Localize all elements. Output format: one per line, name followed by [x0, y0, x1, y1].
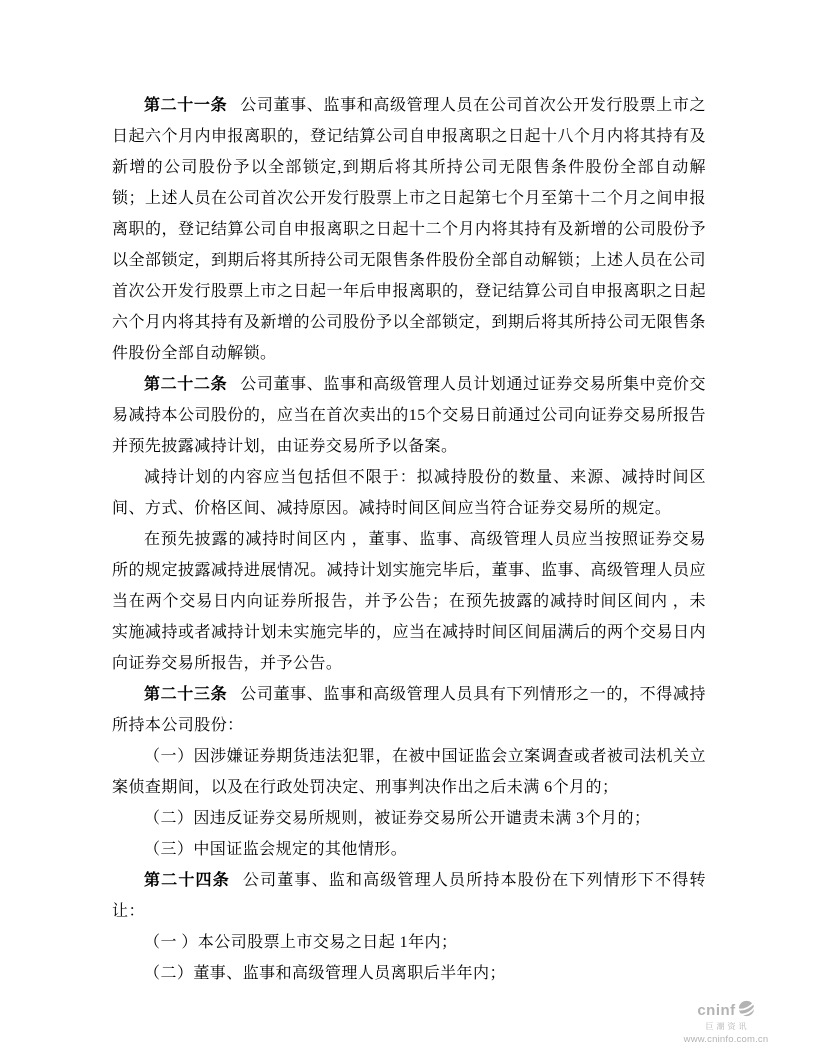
article-number: 第二十三条 — [144, 686, 227, 703]
cninfo-logo: cninf — [674, 1002, 778, 1019]
paragraph-text: （三）中国证监会规定的其他情形。 — [144, 841, 407, 858]
document-page: 第二十一条公司董事、监事和高级管理人员在公司首次公开发行股票上市之日起六个月内申… — [0, 0, 816, 1056]
paragraph-text: 在预先披露的减持时间区内 ，董事、监事、高级管理人员应当按照证券交易所的规定披露… — [112, 531, 706, 672]
cninfo-watermark: cninf 巨潮资讯 www.cninfo.com.cn — [674, 1002, 778, 1045]
paragraph-text: 公司董事、监事和高级管理人员在公司首次公开发行股票上市之日起六个月内申报离职的，… — [112, 97, 706, 362]
list-item-paragraph: （二）董事、监事和高级管理人员离职后半年内； — [112, 958, 706, 989]
article-paragraph: 第二十二条公司董事、监事和高级管理人员计划通过证券交易所集中竞价交易减持本公司股… — [112, 369, 706, 462]
article-number: 第二十二条 — [144, 376, 227, 393]
list-item-paragraph: （一）因涉嫌证券期货违法犯罪，在被中国证监会立案调查或者被司法机关立案侦查期间，… — [112, 741, 706, 803]
article-number: 第二十四条 — [144, 872, 230, 889]
body-paragraph: 在预先披露的减持时间区内 ，董事、监事、高级管理人员应当按照证券交易所的规定披露… — [112, 524, 706, 679]
paragraph-text: （一）因涉嫌证券期货违法犯罪，在被中国证监会立案调查或者被司法机关立案侦查期间，… — [112, 748, 706, 796]
paragraph-text: （一 ）本公司股票上市交易之日起 1年内； — [144, 934, 457, 951]
body-paragraph: 减持计划的内容应当包括但不限于：拟减持股份的数量、来源、减持时间区间、方式、价格… — [112, 462, 706, 524]
article-paragraph: 第二十三条公司董事、监事和高级管理人员具有下列情形之一的，不得减持所持本公司股份… — [112, 679, 706, 741]
cninfo-logo-text: cninf — [697, 1003, 735, 1018]
paragraph-text: （二）因违反证券交易所规则，被证券交易所公开谴责未满 3个月的； — [144, 810, 650, 827]
article-paragraph: 第二十一条公司董事、监事和高级管理人员在公司首次公开发行股票上市之日起六个月内申… — [112, 90, 706, 369]
paragraph-text: 减持计划的内容应当包括但不限于：拟减持股份的数量、来源、减持时间区间、方式、价格… — [112, 469, 706, 517]
document-text-block: 第二十一条公司董事、监事和高级管理人员在公司首次公开发行股票上市之日起六个月内申… — [112, 90, 706, 989]
list-item-paragraph: （一 ）本公司股票上市交易之日起 1年内； — [112, 927, 706, 958]
paragraph-text: （二）董事、监事和高级管理人员离职后半年内； — [144, 965, 506, 982]
cninfo-swirl-icon — [738, 1000, 755, 1017]
cninfo-chinese-name: 巨潮资讯 — [674, 1021, 778, 1032]
article-paragraph: 第二十四条公司董事、监和高级管理人员所持本股份在下列情形下不得转让： — [112, 865, 706, 927]
list-item-paragraph: （三）中国证监会规定的其他情形。 — [112, 834, 706, 865]
list-item-paragraph: （二）因违反证券交易所规则，被证券交易所公开谴责未满 3个月的； — [112, 803, 706, 834]
article-number: 第二十一条 — [144, 97, 227, 114]
cninfo-url: www.cninfo.com.cn — [674, 1034, 778, 1045]
